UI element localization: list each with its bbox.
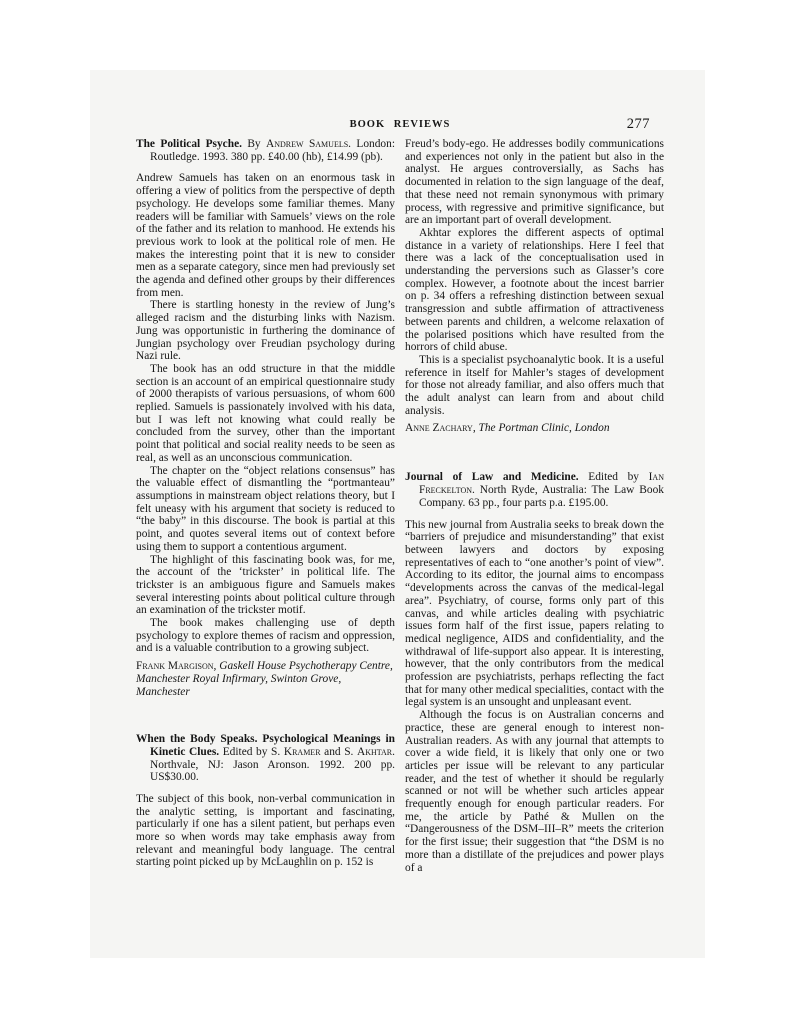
review-heading-body-speaks: When the Body Speaks. Psychological Mean…	[136, 733, 395, 784]
section-gap	[405, 435, 664, 471]
review-paragraph: Although the focus is on Australian conc…	[405, 709, 664, 874]
right-column: Freud’s body-ego. He addresses bodily co…	[405, 138, 664, 874]
scanned-journal-page: BOOK REVIEWS 277 The Political Psyche. B…	[90, 70, 705, 958]
review-paragraph: This is a specialist psychoanalytic book…	[405, 354, 664, 418]
review-paragraph-continuation: Freud’s body-ego. He addresses bodily co…	[405, 138, 664, 227]
review-paragraph: This new journal from Australia seeks to…	[405, 519, 664, 710]
review-paragraph: The subject of this book, non-verbal com…	[136, 793, 395, 869]
review-paragraph: There is startling honesty in the review…	[136, 299, 395, 363]
section-gap	[136, 699, 395, 733]
page-header: BOOK REVIEWS 277	[136, 119, 664, 137]
review-paragraph: The highlight of this fascinating book w…	[136, 554, 395, 618]
reviewer-name: Frank Margison	[136, 660, 214, 672]
review-paragraph: The chapter on the “object relations con…	[136, 465, 395, 554]
book-editor: Akhtar	[357, 746, 392, 758]
edited-by-mid: and S.	[321, 746, 357, 758]
review-heading-political-psyche: The Political Psyche. By Andrew Samuels.…	[136, 138, 395, 163]
edited-by-prefix: Edited by	[579, 471, 649, 483]
book-title: The Political Psyche.	[136, 138, 242, 150]
running-title: BOOK REVIEWS	[136, 119, 664, 130]
reviewer-name: Anne Zachary	[405, 422, 473, 434]
byline-prefix: By	[242, 138, 266, 150]
book-author: Andrew Samuels	[266, 138, 348, 150]
book-editor: Kramer	[284, 746, 321, 758]
review-paragraph: Akhtar explores the different aspects of…	[405, 227, 664, 354]
review-paragraph: The book makes challenging use of depth …	[136, 617, 395, 655]
review-paragraph: Andrew Samuels has taken on an enormous …	[136, 172, 395, 299]
reviewer-signature-zachary: Anne Zachary, The Portman Clinic, London	[405, 422, 664, 435]
edited-by-prefix: Edited by S.	[219, 746, 284, 758]
review-paragraph: The book has an odd structure in that th…	[136, 363, 395, 465]
left-column: The Political Psyche. By Andrew Samuels.…	[136, 138, 395, 874]
page-number: 277	[627, 116, 650, 133]
two-column-text-area: The Political Psyche. By Andrew Samuels.…	[136, 138, 664, 874]
reviewer-signature-margison: Frank Margison, Gaskell House Psychother…	[136, 660, 395, 699]
book-title: Journal of Law and Medicine.	[405, 471, 579, 483]
review-heading-journal-law-medicine: Journal of Law and Medicine. Edited by I…	[405, 471, 664, 509]
reviewer-affiliation: , The Portman Clinic, London	[473, 422, 610, 434]
